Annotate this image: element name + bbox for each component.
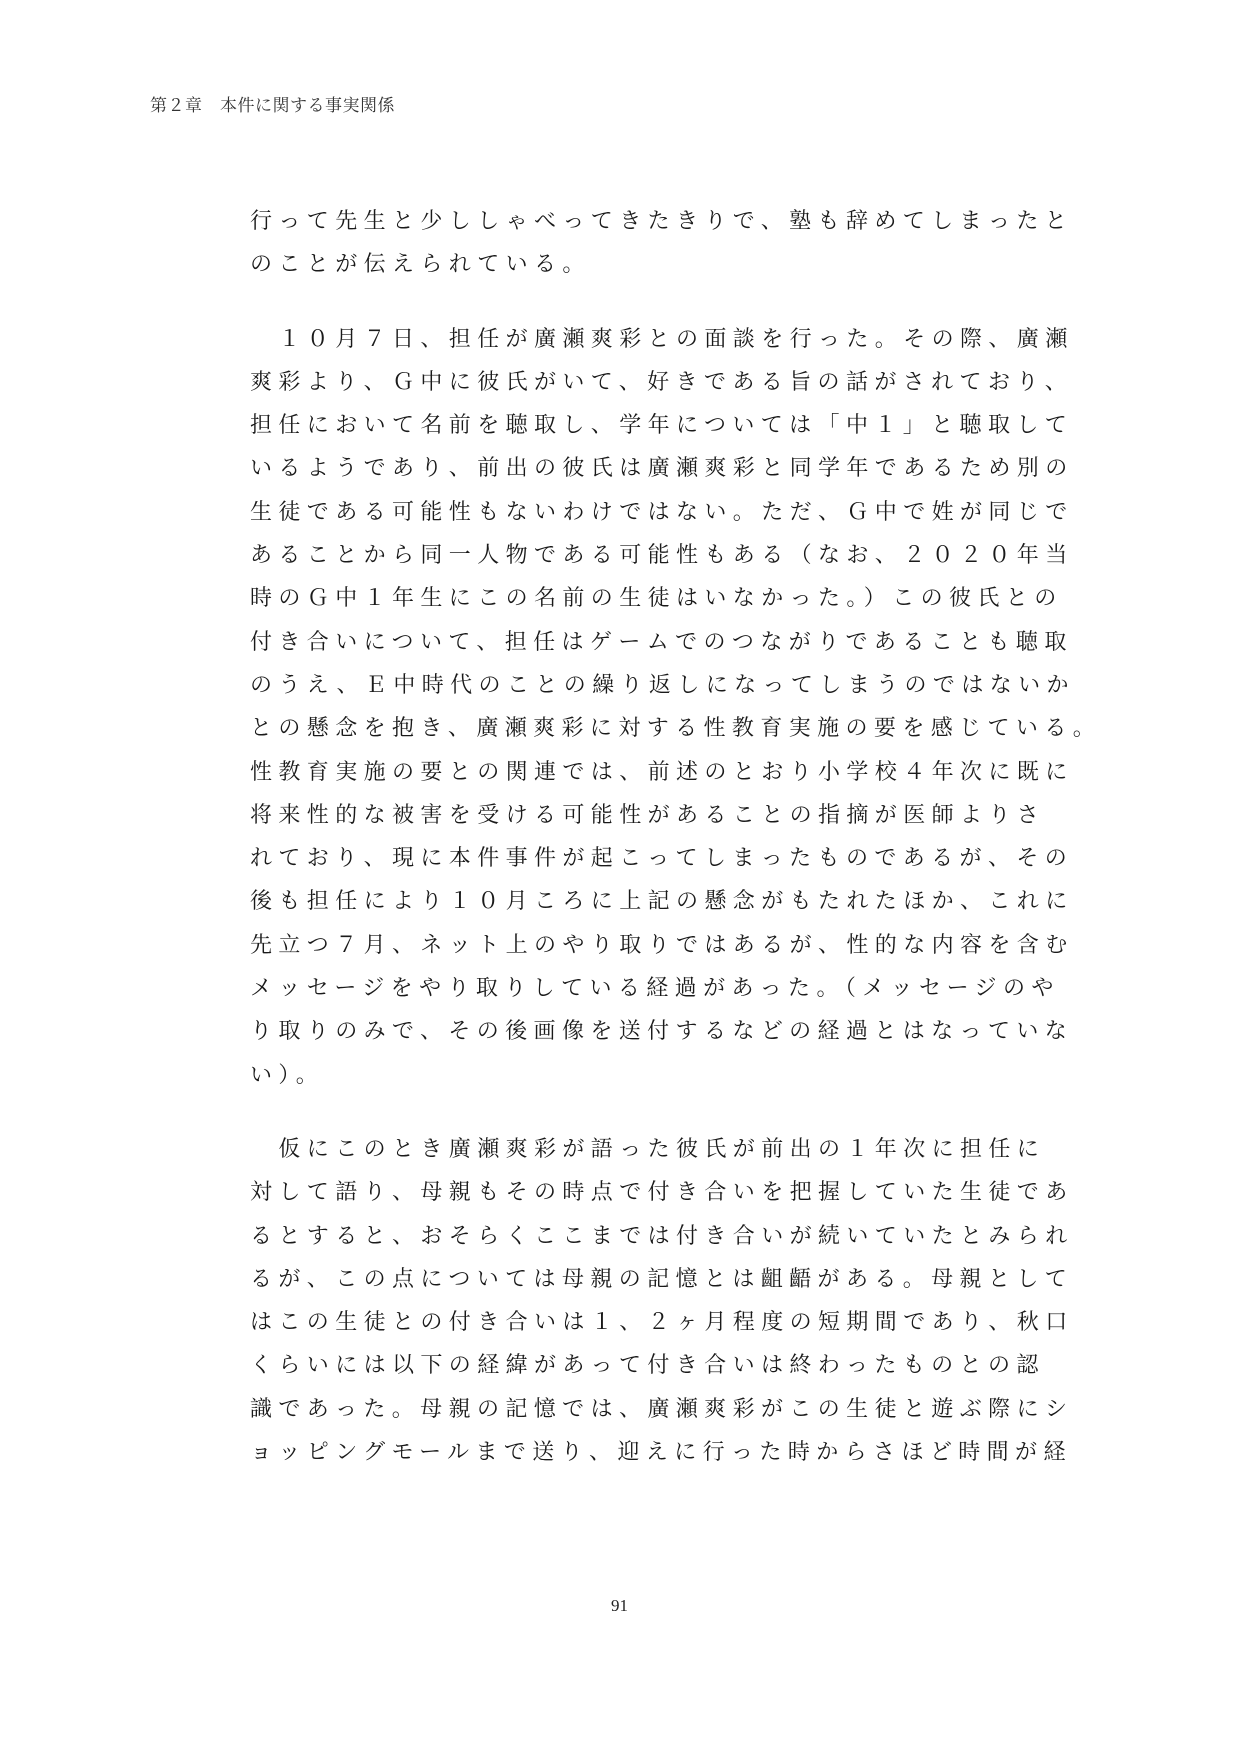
text-line: 仮にこのとき廣瀬爽彩が語った彼氏が前出の１年次に担任に [250, 1128, 1050, 1171]
text-line: 爽彩より、Ｇ中に彼氏がいて、好きである旨の話がされており、 [250, 361, 1050, 404]
text-line: との懸念を抱き、廣瀬爽彩に対する性教育実施の要を感じている。 [250, 707, 1050, 750]
text-line: り取りのみで、その後画像を送付するなどの経過とはなっていな [250, 1010, 1050, 1053]
text-line: のうえ、Ｅ中時代のことの繰り返しになってしまうのではないか [250, 664, 1050, 707]
text-line: 識であった。母親の記憶では、廣瀬爽彩がこの生徒と遊ぶ際にシ [250, 1388, 1050, 1431]
text-line: はこの生徒との付き合いは１、２ヶ月程度の短期間であり、秋口 [250, 1301, 1050, 1344]
text-line: 生徒である可能性もないわけではない。ただ、Ｇ中で姓が同じで [250, 491, 1050, 534]
text-line: るとすると、おそらくここまでは付き合いが続いていたとみられ [250, 1215, 1050, 1258]
text-line: い）。 [250, 1054, 1050, 1097]
text-line: 時のＧ中１年生にこの名前の生徒はいなかった。）この彼氏との [250, 577, 1050, 620]
paragraph-2: １０月７日、担任が廣瀬爽彩との面談を行った。その際、廣瀬 爽彩より、Ｇ中に彼氏が… [250, 318, 1050, 1097]
text-line: １０月７日、担任が廣瀬爽彩との面談を行った。その際、廣瀬 [250, 318, 1050, 361]
text-line: るが、この点については母親の記憶とは齟齬がある。母親として [250, 1258, 1050, 1301]
body-text: 行って先生と少ししゃべってきたきりで、塾も辞めてしまったと のことが伝えられてい… [250, 200, 1050, 1474]
text-line: あることから同一人物である可能性もある（なお、２０２０年当 [250, 534, 1050, 577]
text-line: くらいには以下の経緯があって付き合いは終わったものとの認 [250, 1344, 1050, 1387]
text-line: ョッピングモールまで送り、迎えに行った時からさほど時間が経 [250, 1431, 1050, 1474]
text-line: 担任において名前を聴取し、学年については「中１」と聴取して [250, 404, 1050, 447]
text-line: 将来性的な被害を受ける可能性があることの指摘が医師よりさ [250, 794, 1050, 837]
text-line: 行って先生と少ししゃべってきたきりで、塾も辞めてしまったと [250, 200, 1050, 243]
paragraph-1: 行って先生と少ししゃべってきたきりで、塾も辞めてしまったと のことが伝えられてい… [250, 200, 1050, 287]
running-header-chapter-title: 第２章 本件に関する事実関係 [150, 91, 395, 116]
text-line: メッセージをやり取りしている経過があった。（メッセージのや [250, 967, 1050, 1010]
text-line: 付き合いについて、担任はゲームでのつながりであることも聴取 [250, 621, 1050, 664]
text-line: 性教育実施の要との関連では、前述のとおり小学校４年次に既に [250, 751, 1050, 794]
text-line: 後も担任により１０月ころに上記の懸念がもたれたほか、これに [250, 880, 1050, 923]
page-number: 91 [0, 1596, 1239, 1616]
text-line: れており、現に本件事件が起こってしまったものであるが、その [250, 837, 1050, 880]
text-line: 先立つ７月、ネット上のやり取りではあるが、性的な内容を含む [250, 924, 1050, 967]
text-line: いるようであり、前出の彼氏は廣瀬爽彩と同学年であるため別の [250, 447, 1050, 490]
paragraph-3: 仮にこのとき廣瀬爽彩が語った彼氏が前出の１年次に担任に 対して語り、母親もその時… [250, 1128, 1050, 1474]
text-line: のことが伝えられている。 [250, 243, 1050, 286]
text-line: 対して語り、母親もその時点で付き合いを把握していた生徒であ [250, 1171, 1050, 1214]
